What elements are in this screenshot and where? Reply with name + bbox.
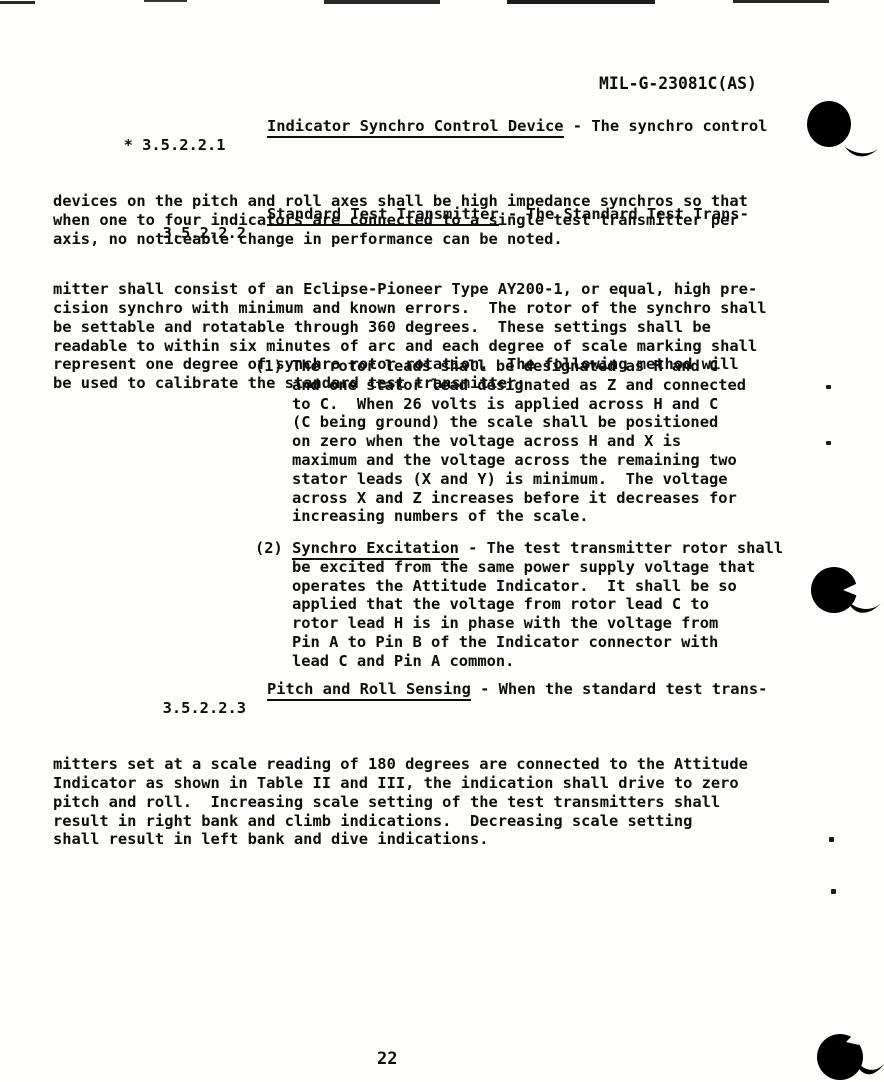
ink-blob-top-right (807, 101, 878, 156)
section-heading-line: 3.5.2.2.3 Pitch and Roll Sensing - When … (53, 680, 748, 755)
body-line: be settable and rotatable through 360 de… (53, 318, 766, 337)
section-heading-line: * 3.5.2.2.1 Indicator Synchro Control De… (53, 117, 748, 192)
top-edge-streaks (0, 0, 829, 4)
list-item-1: (1) The rotor leads shall be designated … (255, 357, 746, 526)
body-line: be excited from the same power supply vo… (292, 558, 783, 577)
section-title-suffix: - The Standard Test Trans- (499, 205, 749, 223)
list-item-title: Synchro Excitation (292, 539, 459, 560)
body-line: pitch and roll. Increasing scale setting… (53, 793, 748, 812)
punch-dots-right-margin (826, 385, 836, 894)
body-line: mitter shall consist of an Eclipse-Pione… (53, 280, 766, 299)
page-number: 22 (377, 1049, 397, 1069)
section-number: * 3.5.2.2.1 (124, 136, 226, 154)
body-line: operates the Attitude Indicator. It shal… (292, 577, 783, 596)
body-line: cision synchro with minimum and known er… (53, 299, 766, 318)
list-item-2: (2) Synchro Excitation - The test transm… (255, 539, 783, 671)
list-first-line: (1) The rotor leads shall be designated … (255, 357, 746, 376)
section-heading-tail: Pitch and Roll Sensing - When the standa… (267, 680, 767, 699)
section-number: 3.5.2.2.2 (163, 224, 246, 242)
body-line: Indicator as shown in Table II and III, … (53, 774, 748, 793)
ink-blob-bottom-right (817, 1032, 884, 1080)
body-line: Pin A to Pin B of the Indicator connecto… (292, 633, 783, 652)
body-line: result in right bank and climb indicatio… (53, 812, 748, 831)
body-line: mitters set at a scale reading of 180 de… (53, 755, 748, 774)
section-3-5-2-2-3: 3.5.2.2.3 Pitch and Roll Sensing - When … (53, 680, 748, 849)
body-line: (C being ground) the scale shall be posi… (292, 413, 746, 432)
body-line: and one stator lead designated as Z and … (292, 376, 746, 395)
section-number: 3.5.2.2.3 (163, 699, 246, 717)
section-title: Indicator Synchro Control Device (267, 117, 564, 138)
section-title-suffix: - The synchro control (564, 117, 768, 135)
ink-blob-middle-right (811, 567, 882, 613)
body-line: maximum and the voltage across the remai… (292, 451, 746, 470)
section-title: Standard Test Transmitter (267, 205, 499, 226)
body-line: applied that the voltage from rotor lead… (292, 595, 783, 614)
scanned-document-page: MIL-G-23081C(AS) * 3.5.2.2.1 Indicator S… (0, 0, 884, 1082)
body-line: on zero when the voltage across H and X … (292, 432, 746, 451)
body-line: to C. When 26 volts is applied across H … (292, 395, 746, 414)
body-line: rotor lead H is in phase with the voltag… (292, 614, 783, 633)
section-heading-line: 3.5.2.2.2 Standard Test Transmitter - Th… (53, 205, 766, 280)
list-item-title-suffix: - The test transmitter rotor shall (459, 539, 783, 557)
body-line: readable to within six minutes of arc an… (53, 337, 766, 356)
body-line: shall result in left bank and dive indic… (53, 830, 748, 849)
section-heading-tail: Standard Test Transmitter - The Standard… (267, 205, 749, 224)
body-line: across X and Z increases before it decre… (292, 489, 746, 508)
section-title: Pitch and Roll Sensing (267, 680, 471, 701)
body-line: stator leads (X and Y) is minimum. The v… (292, 470, 746, 489)
list-first-line: (2) Synchro Excitation - The test transm… (255, 539, 783, 558)
doc-number: MIL-G-23081C(AS) (599, 74, 757, 94)
section-title-suffix: - When the standard test trans- (471, 680, 768, 698)
list-item-number: (1) (255, 357, 292, 375)
list-item-continuation: and one stator lead designated as Z and … (292, 376, 746, 526)
list-item-continuation: be excited from the same power supply vo… (292, 558, 783, 671)
list-item-text: The rotor leads shall be designated as H… (292, 357, 718, 375)
body-line: lead C and Pin A common. (292, 652, 783, 671)
body-line: increasing numbers of the scale. (292, 507, 746, 526)
section-heading-tail: Indicator Synchro Control Device - The s… (267, 117, 767, 136)
list-item-number: (2) (255, 539, 292, 557)
